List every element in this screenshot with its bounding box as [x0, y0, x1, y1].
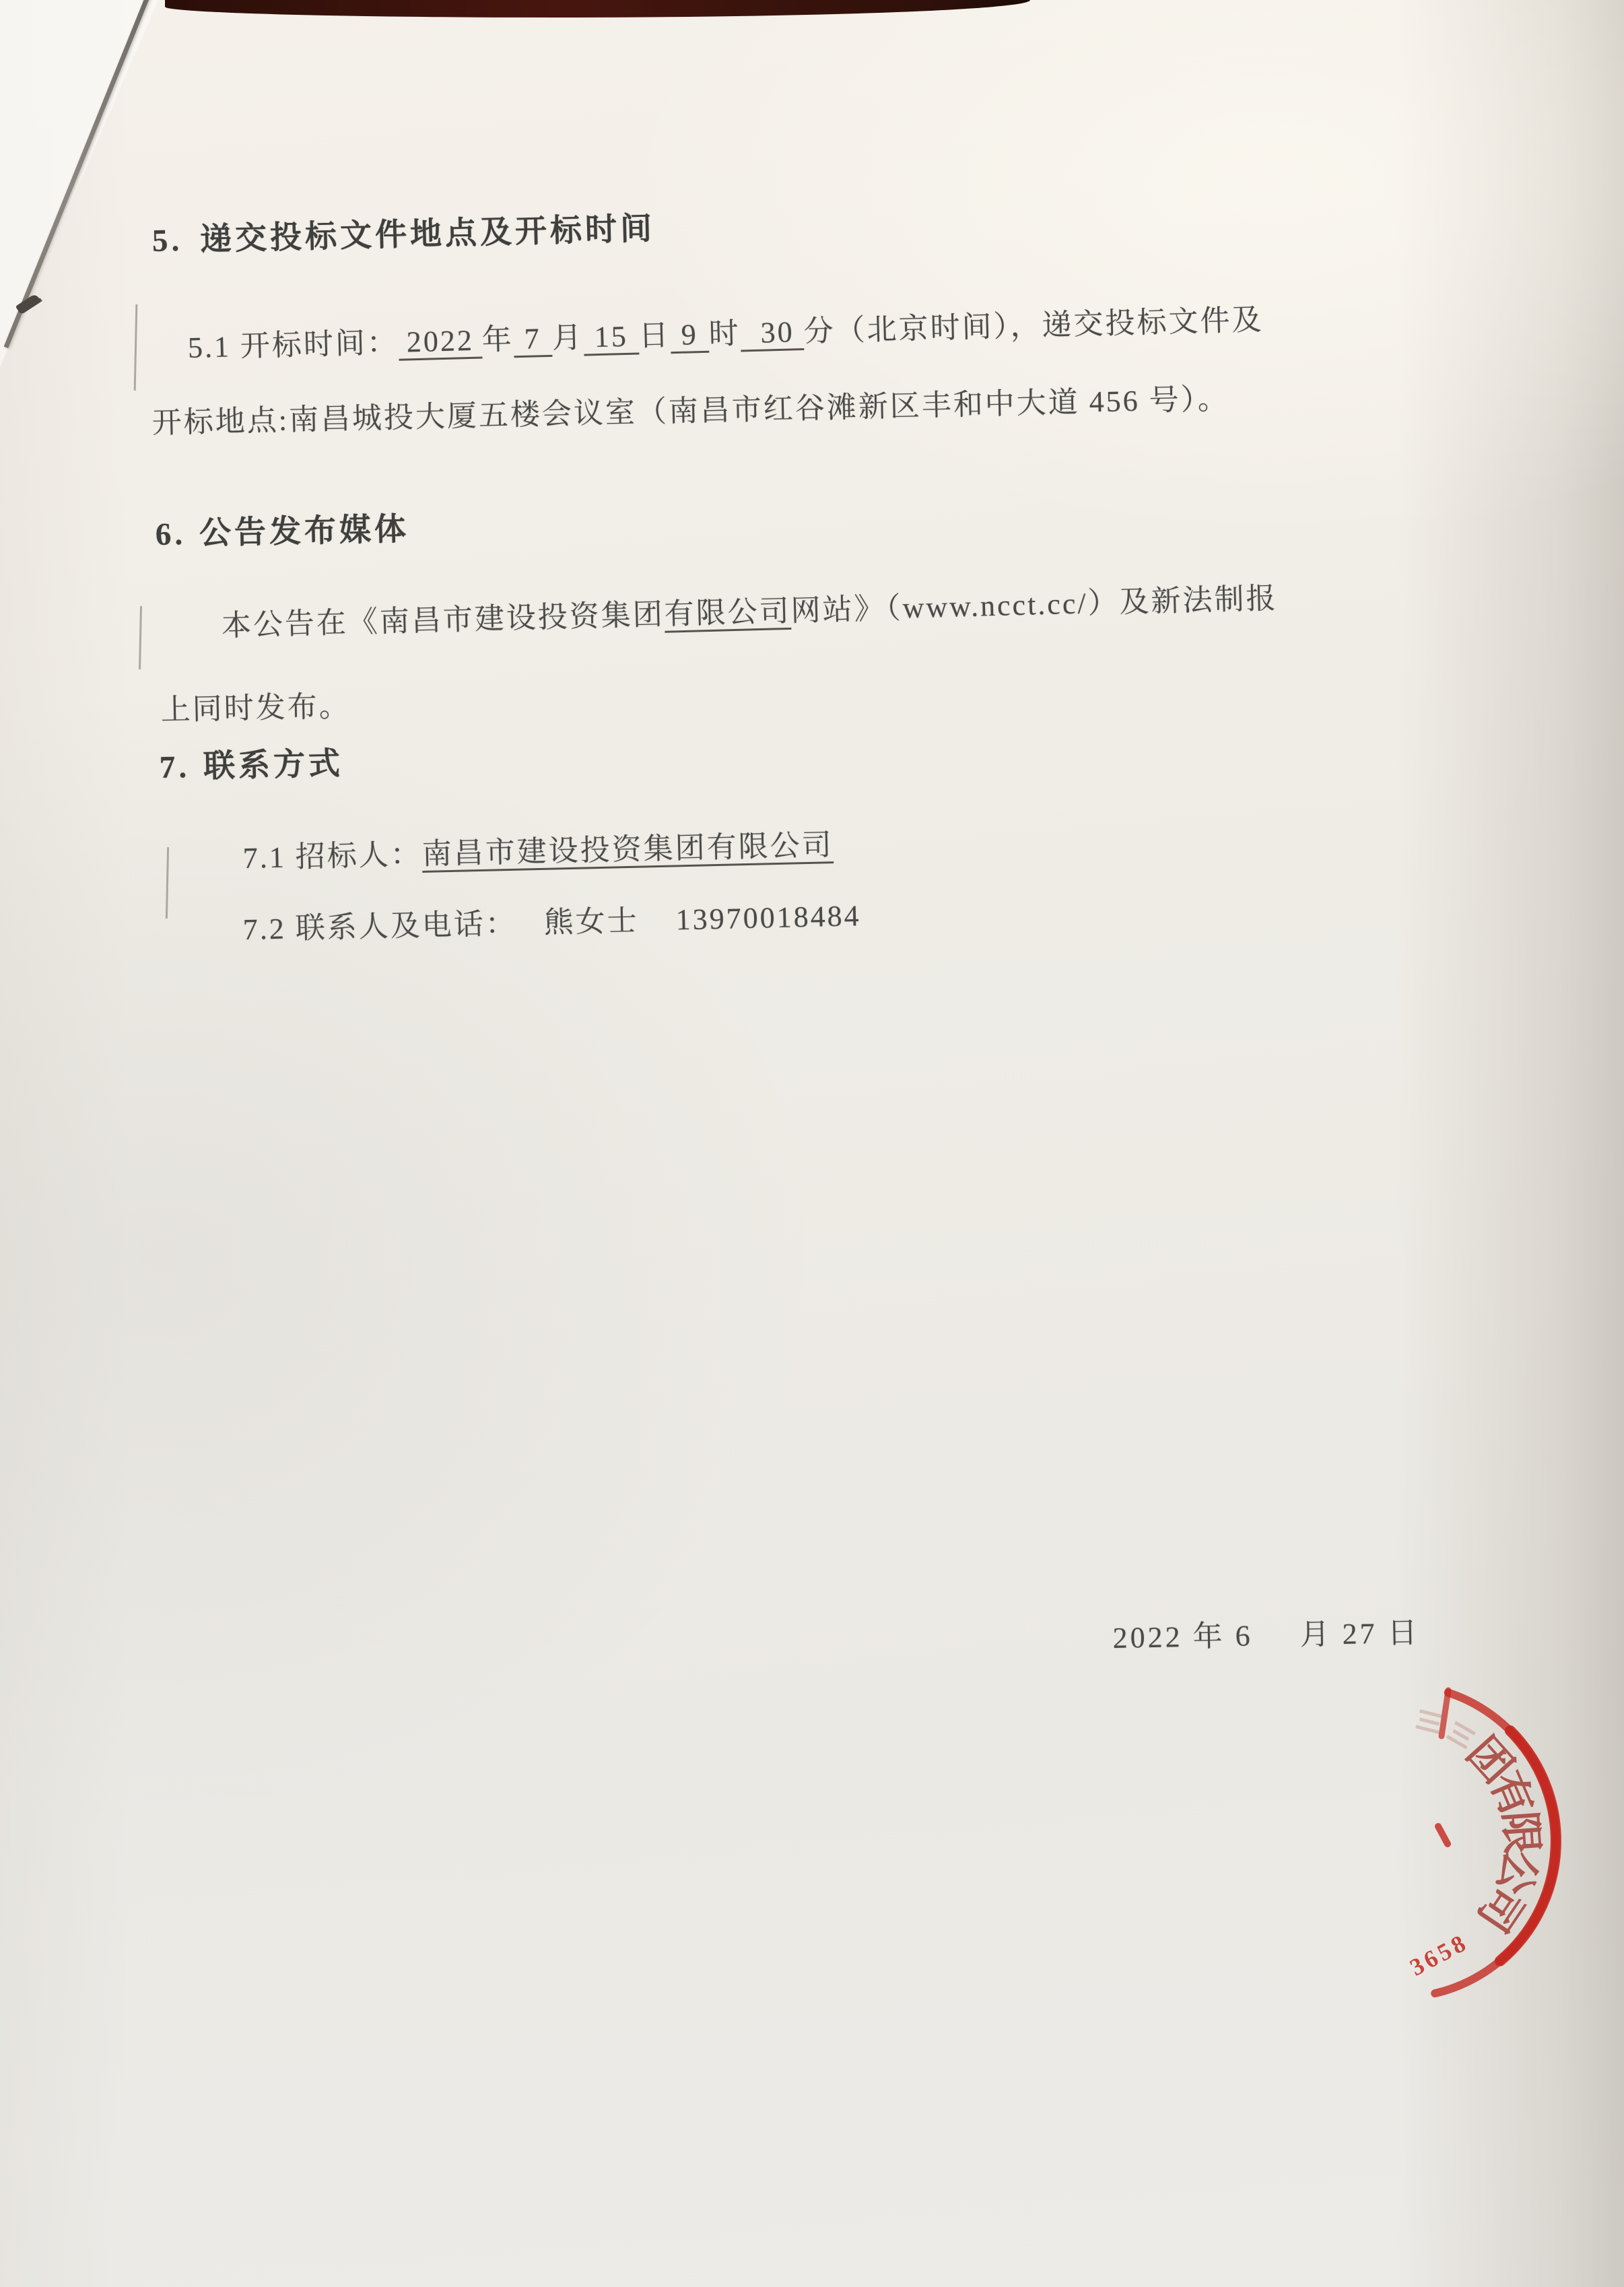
spacer — [1253, 1645, 1300, 1645]
date-part-2: 月 27 日 — [1299, 1616, 1420, 1651]
underlying-sheet-corner — [0, 0, 175, 377]
open-bid-minute: 30 — [740, 315, 804, 352]
section-7-heading: 7.联系方式 — [159, 738, 344, 787]
section-5-heading: 5.递交投标文件地点及开标时间 — [151, 203, 656, 261]
spacer — [517, 933, 544, 933]
margin-fold-line — [166, 847, 169, 919]
open-bid-year: 2022 — [398, 324, 482, 361]
margin-fold-line — [139, 606, 142, 669]
company-seal-stamp: 团 有 限 公 司 3658 — [1232, 1650, 1582, 2041]
publication-lead: 本公告在《南昌市建设投资集团 — [221, 598, 665, 642]
clause-5-1-line: 5.1 开标时间：2022年7月15日9时30分（北京时间），递交投标文件及 — [187, 295, 1264, 366]
publication-line: 本公告在《南昌市建设投资集团有限公司网站》（www.ncct.cc/）及新法制报 — [221, 574, 1278, 644]
unit-minute: 分 — [803, 314, 836, 348]
unit-hour: 时 — [708, 317, 741, 351]
section-7-number: 7. — [159, 750, 190, 785]
tenderer-name: 南昌市建设投资集团有限公司 — [421, 828, 834, 873]
spacer — [639, 929, 676, 930]
seal-serial-number: 3658 — [1405, 1928, 1473, 1981]
open-bid-location-line: 开标地点:南昌城投大厦五楼会议室（南昌市红谷滩新区丰和中大道 456 号）。 — [151, 374, 1229, 442]
unit-month: 月 — [551, 321, 584, 355]
clause-5-1-tail: （北京时间），递交投标文件及 — [835, 303, 1264, 347]
open-bid-hour: 9 — [670, 318, 709, 354]
section-5-number: 5. — [151, 223, 183, 259]
open-bid-day: 15 — [583, 319, 639, 356]
clause-5-1-label: 5.1 开标时间： — [187, 326, 399, 364]
clause-7-1-line: 7.1 招标人：南昌市建设投资集团有限公司 — [242, 820, 834, 877]
unit-year: 年 — [481, 323, 514, 356]
clause-7-2-line: 7.2 联系人及电话：熊女士13970018484 — [242, 891, 861, 948]
publication-underlined: 有限公司 — [664, 595, 791, 633]
open-bid-month: 7 — [513, 322, 552, 358]
section-6-title: 公告发布媒体 — [199, 512, 409, 552]
contact-label: 7.2 联系人及电话： — [242, 907, 517, 946]
contact-phone: 13970018484 — [675, 899, 861, 936]
margin-fold-line — [134, 304, 138, 391]
section-7-title: 联系方式 — [203, 746, 343, 784]
publication-tail: 网站》（www.ncct.cc/）及新法制报 — [790, 582, 1278, 628]
section-6-number: 6. — [155, 517, 186, 552]
contact-person: 熊女士 — [543, 904, 639, 939]
table-background-strip — [165, 0, 1030, 18]
section-6-heading: 6.公告发布媒体 — [155, 504, 410, 554]
unit-day: 日 — [638, 319, 671, 352]
seal-center-tick — [1438, 1826, 1448, 1844]
section-5-title: 递交投标文件地点及开标时间 — [200, 211, 656, 258]
publication-line-2: 上同时发布。 — [160, 682, 351, 729]
seal-start-hook — [1442, 1690, 1448, 1736]
photographed-document-page: 5.递交投标文件地点及开标时间 5.1 开标时间：2022年7月15日9时30分… — [0, 0, 1624, 2287]
tenderer-label: 7.1 招标人： — [242, 838, 422, 875]
